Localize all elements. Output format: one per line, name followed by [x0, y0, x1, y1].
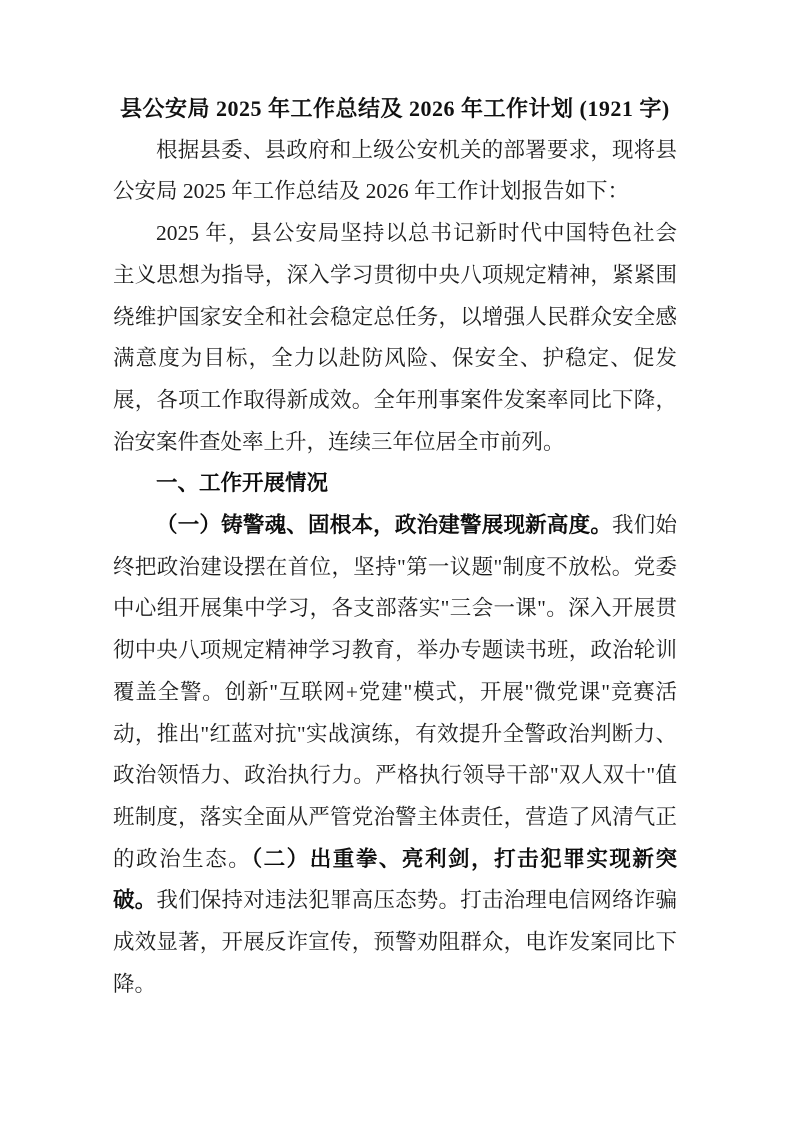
document-title: 县公安局 2025 年工作总结及 2026 年工作计划 (1921 字): [113, 88, 677, 130]
text-segment: 2025 年，县公安局坚持以总书记新时代中国特色社会主义思想为指导，深入学习贯彻…: [113, 221, 677, 454]
text-segment: 我们保持对违法犯罪高压态势。打击治理电信网络诈骗成效显著，开展反诈宣传，预警劝阻…: [113, 888, 677, 995]
paragraph-overview: 2025 年，县公安局坚持以总书记新时代中国特色社会主义思想为指导，深入学习贯彻…: [113, 213, 677, 463]
bold-text-segment: （一）铸警魂、固根本，政治建警展现新高度。: [156, 513, 612, 537]
text-segment: 根据县委、县政府和上级公安机关的部署要求，现将县公安局 2025 年工作总结及 …: [113, 138, 677, 204]
text-segment: 我们始终把政治建设摆在首位，坚持"第一议题"制度不放松。党委中心组开展集中学习，…: [113, 513, 677, 871]
document-page: 县公安局 2025 年工作总结及 2026 年工作计划 (1921 字) 根据县…: [0, 0, 793, 1122]
paragraph-section-1-body: （一）铸警魂、固根本，政治建警展现新高度。我们始终把政治建设摆在首位，坚持"第一…: [113, 505, 677, 1005]
paragraph-intro: 根据县委、县政府和上级公安机关的部署要求，现将县公安局 2025 年工作总结及 …: [113, 130, 677, 213]
bold-text-segment: 一、工作开展情况: [156, 471, 328, 495]
paragraph-section-1-heading: 一、工作开展情况: [113, 463, 677, 505]
document-body: 根据县委、县政府和上级公安机关的部署要求，现将县公安局 2025 年工作总结及 …: [113, 130, 677, 1006]
